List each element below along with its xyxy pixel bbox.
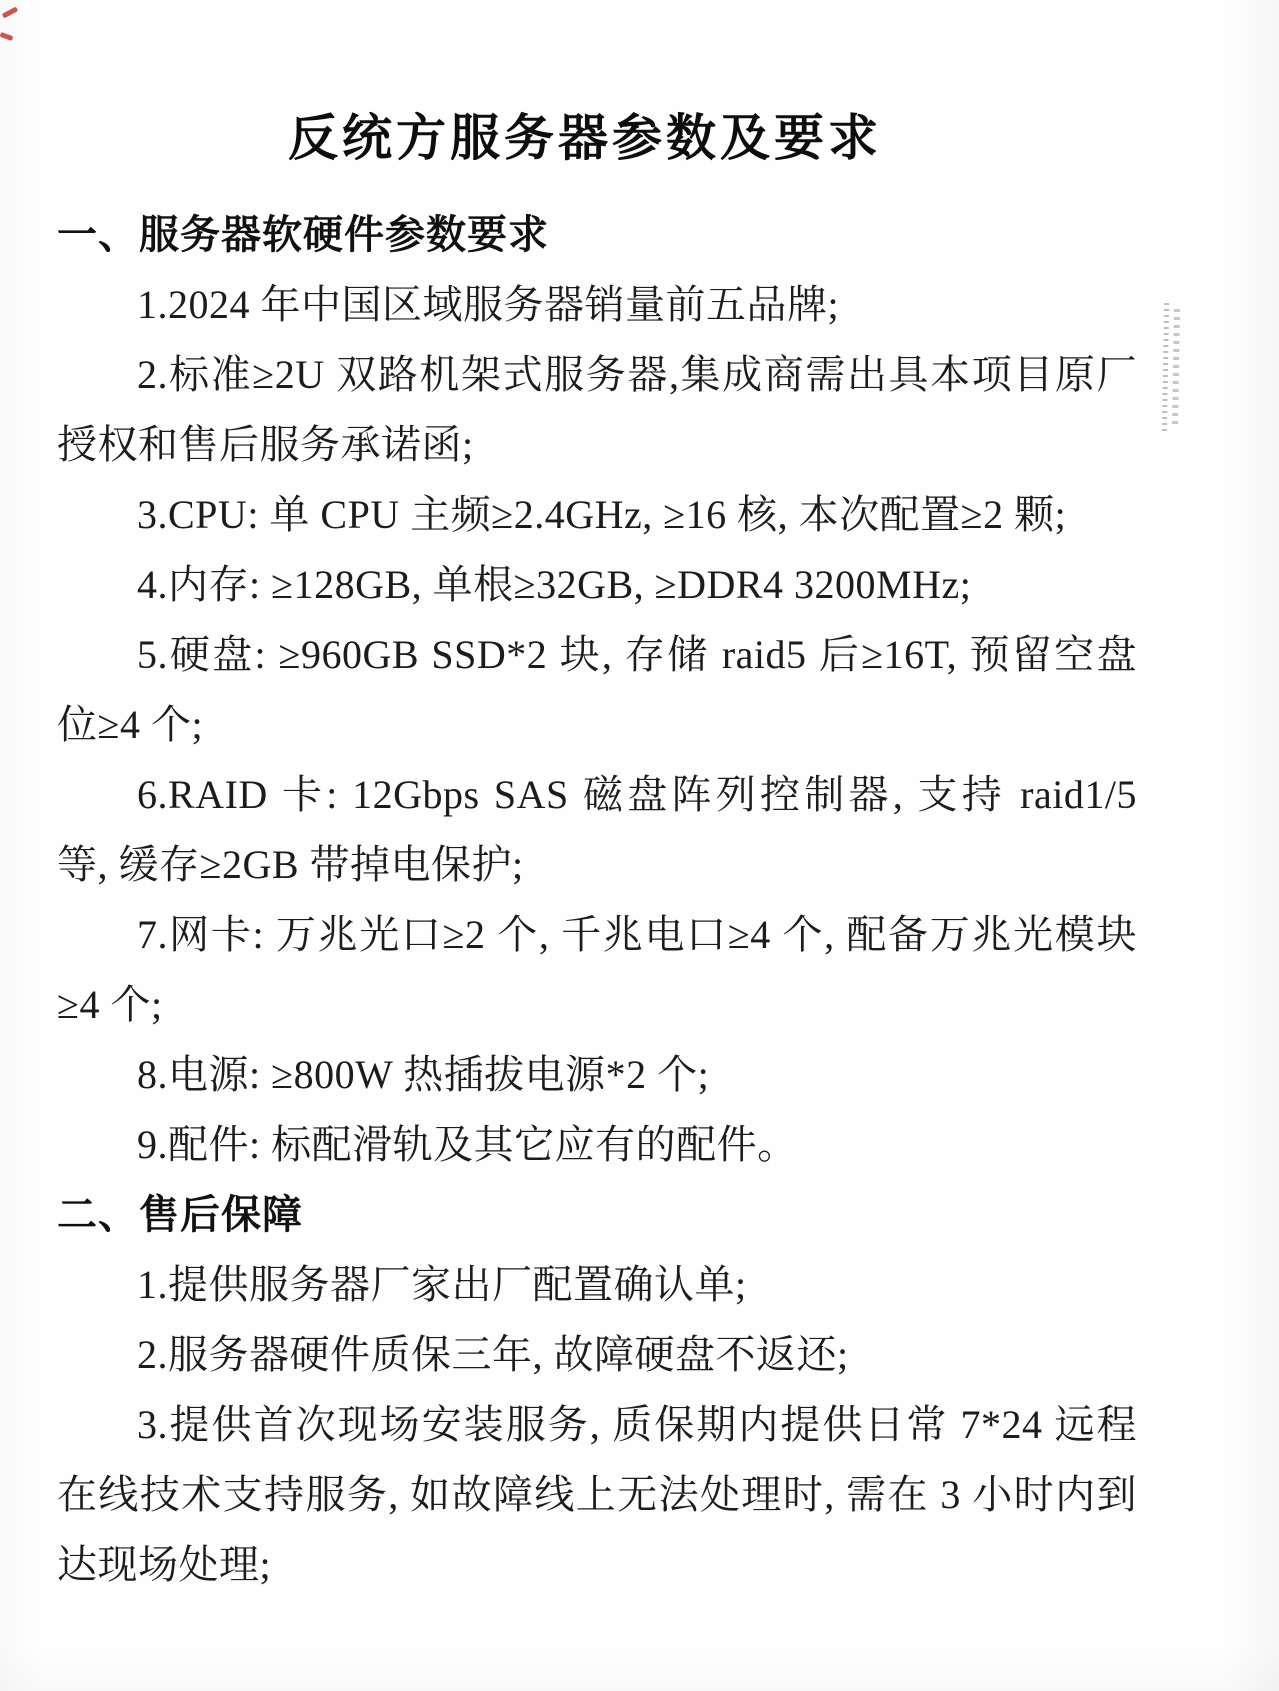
spec-item-brand: 1.2024 年中国区域服务器销量前五品牌; (57, 270, 1137, 340)
red-pen-mark (0, 32, 13, 41)
spec-item-raid: 6.RAID 卡: 12Gbps SAS 磁盘阵列控制器, 支持 raid1/5… (57, 760, 1137, 900)
warranty-item-confirmation: 1.提供服务器厂家出厂配置确认单; (57, 1250, 1137, 1320)
scan-edge-artifact (1160, 303, 1184, 435)
document-body: 一、服务器软硬件参数要求 1.2024 年中国区域服务器销量前五品牌; 2.标准… (57, 200, 1137, 1600)
spec-item-network: 7.网卡: 万兆光口≥2 个, 千兆电口≥4 个, 配备万兆光模块≥4 个; (57, 900, 1137, 1040)
warranty-item-support: 3.提供首次现场安装服务, 质保期内提供日常 7*24 远程在线技术支持服务, … (57, 1390, 1137, 1600)
spec-item-memory: 4.内存: ≥128GB, 单根≥32GB, ≥DDR4 3200MHz; (57, 550, 1137, 620)
spec-item-disk: 5.硬盘: ≥960GB SSD*2 块, 存储 raid5 后≥16T, 预留… (57, 620, 1137, 760)
spec-item-accessory: 9.配件: 标配滑轨及其它应有的配件。 (57, 1110, 1137, 1180)
warranty-item-hardware: 2.服务器硬件质保三年, 故障硬盘不返还; (57, 1320, 1137, 1390)
spec-item-chassis: 2.标准≥2U 双路机架式服务器,集成商需出具本项目原厂授权和售后服务承诺函; (57, 340, 1137, 480)
red-pen-mark (2, 7, 18, 19)
spec-item-power: 8.电源: ≥800W 热插拔电源*2 个; (57, 1040, 1137, 1110)
document-page: 反统方服务器参数及要求 一、服务器软硬件参数要求 1.2024 年中国区域服务器… (0, 0, 1279, 1691)
section-1-heading: 一、服务器软硬件参数要求 (57, 200, 1137, 270)
document-title: 反统方服务器参数及要求 (0, 98, 1170, 170)
section-2-heading: 二、售后保障 (57, 1180, 1137, 1250)
spec-item-cpu: 3.CPU: 单 CPU 主频≥2.4GHz, ≥16 核, 本次配置≥2 颗; (57, 480, 1137, 550)
